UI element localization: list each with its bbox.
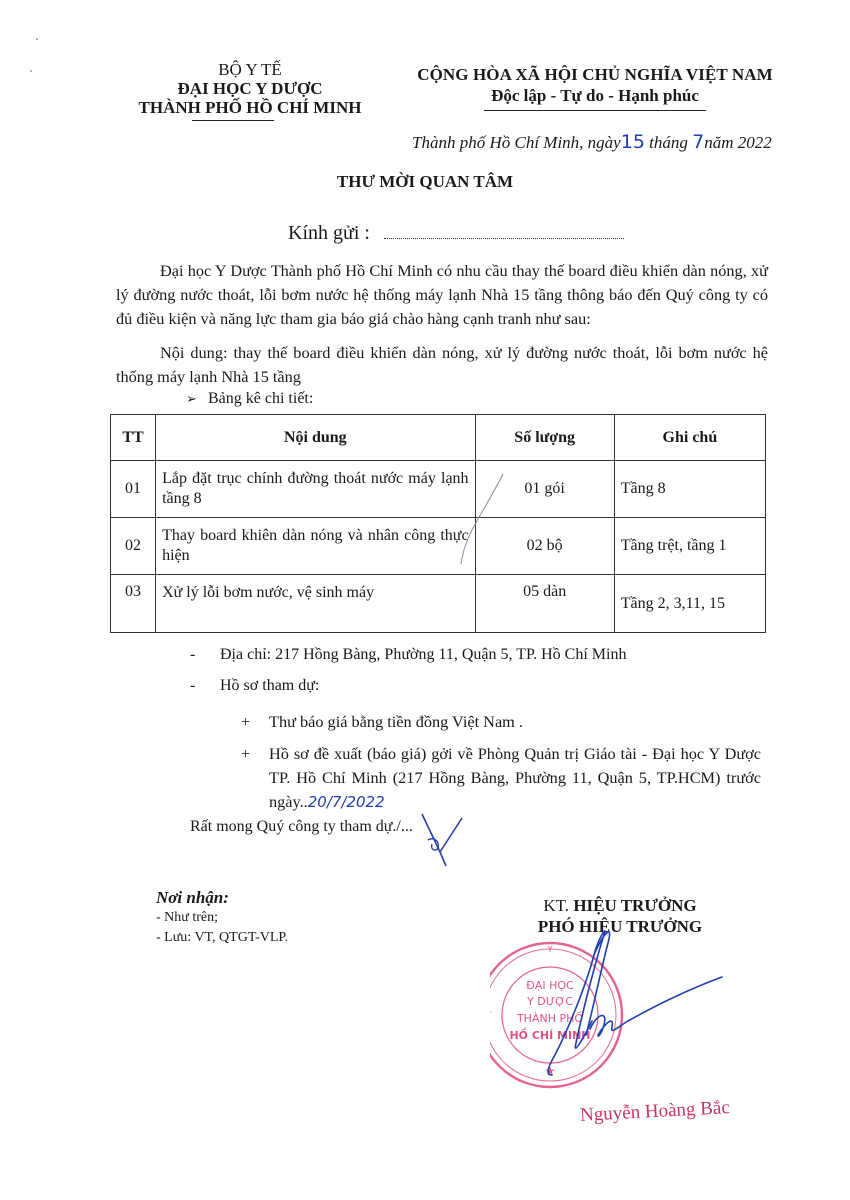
content-paragraph: Nội dung: thay thế board điều khiển dàn …: [116, 341, 768, 389]
stamp-line: ĐẠI HỌC: [526, 979, 574, 992]
cell-content: Thay board khiên dàn nóng và nhân công t…: [156, 518, 475, 575]
signer-name: Nguyễn Hoàng Bắc: [580, 1097, 731, 1127]
date-prefix: Thành phố Hồ Chí Minh, ngày: [412, 133, 621, 152]
address-text: Địa chỉ: 217 Hồng Bàng, Phường 11, Quận …: [220, 646, 626, 663]
detail-list-heading: ➢Bảng kê chi tiết:: [186, 390, 313, 408]
plus-bullet: +: [241, 710, 250, 734]
table-row: 03 Xử lý lỗi bơm nước, vệ sinh máy 05 dà…: [111, 575, 766, 633]
signer-role: HIỆU TRƯỞNG: [573, 896, 696, 915]
recipient-item: - Như trên;: [156, 908, 288, 928]
content-paragraph-text: Nội dung: thay thế board điều khiển dàn …: [116, 343, 768, 386]
initial-mark: [418, 812, 468, 868]
handwritten-deadline: 20/7/2022: [308, 793, 385, 811]
cell-note: Tầng 8: [614, 461, 765, 518]
dash-bullet: -: [190, 646, 220, 664]
month-label: tháng: [649, 133, 688, 152]
cell-tt: 01: [111, 461, 156, 518]
recipients-block: Nơi nhận: - Như trên; - Lưu: VT, QTGT-VL…: [156, 888, 288, 948]
official-seal-icon: Y ĐẠI HỌC Y DƯỢC THÀNH PHỐ HỒ CHÍ MINH B…: [490, 925, 750, 1095]
dash-bullet: -: [190, 677, 220, 695]
table-row: 02 Thay board khiên dàn nóng và nhân côn…: [111, 518, 766, 575]
header-left-underline: [192, 120, 274, 121]
arrow-bullet-icon: ➢: [186, 392, 208, 407]
recipient-item: - Lưu: VT, QTGT-VLP.: [156, 928, 288, 948]
document-requirement-item: + Thư báo giá bằng tiền đồng Việt Nam .: [241, 710, 761, 734]
salutation-label: Kính gửi :: [288, 222, 370, 244]
cell-tt: 03: [111, 575, 156, 633]
address-item: -Địa chỉ: 217 Hồng Bàng, Phường 11, Quận…: [190, 646, 626, 664]
cell-quantity: 05 dàn: [475, 575, 614, 633]
scan-speck: [36, 38, 38, 40]
table-header-row: TT Nội dung Số lượng Ghi chú: [111, 415, 766, 461]
closing-line: Rất mong Quý công ty tham dự./...: [190, 818, 413, 836]
detail-table: TT Nội dung Số lượng Ghi chú 01 Lắp đặt …: [110, 414, 766, 633]
stamp-side-text: BỘ: [490, 1009, 492, 1021]
intro-paragraph-text: Đại học Y Dược Thành phố Hồ Chí Minh có …: [116, 261, 768, 328]
year-label: năm 2022: [704, 133, 772, 152]
column-header-quantity: Số lượng: [475, 415, 614, 461]
salutation: Kính gửi :: [288, 222, 624, 245]
cell-tt: 02: [111, 518, 156, 575]
handwritten-month: 7: [692, 131, 704, 153]
cell-content: Lắp đặt trục chính đường thoát nước máy …: [156, 461, 475, 518]
signer-prefix: KT.: [543, 896, 573, 915]
document-title: THƯ MỜI QUAN TÂM: [0, 172, 850, 192]
scan-speck: [30, 70, 32, 72]
stamp-top-letter: Y: [547, 945, 553, 954]
intro-paragraph: Đại học Y Dược Thành phố Hồ Chí Minh có …: [116, 259, 768, 331]
documents-text: Hồ sơ tham dự:: [220, 677, 319, 694]
detail-list-heading-text: Bảng kê chi tiết:: [208, 390, 313, 407]
university-city: THÀNH PHỐ HỒ CHÍ MINH: [100, 98, 400, 117]
recipients-title: Nơi nhận:: [156, 888, 288, 908]
cell-note: Tầng trệt, tầng 1: [614, 518, 765, 575]
signer-title-line1: KT. HIỆU TRƯỞNG: [500, 895, 740, 916]
university-name: ĐẠI HỌC Y DƯỢC: [100, 79, 400, 98]
table-row: 01 Lắp đặt trục chính đường thoát nước m…: [111, 461, 766, 518]
column-header-note: Ghi chú: [614, 415, 765, 461]
requirement-text: Thư báo giá bằng tiền đồng Việt Nam .: [269, 710, 761, 734]
requirement-text: Hồ sơ đề xuất (báo giá) gởi về Phòng Quả…: [269, 742, 761, 814]
documents-item: -Hồ sơ tham dự:: [190, 677, 319, 695]
cell-note: Tầng 2, 3,11, 15: [614, 575, 765, 633]
national-header: CỘNG HÒA XÃ HỘI CHỦ NGHĨA VIỆT NAM Độc l…: [380, 64, 810, 111]
column-header-content: Nội dung: [156, 415, 475, 461]
date-line: Thành phố Hồ Chí Minh, ngày15 tháng 7năm…: [412, 131, 772, 153]
national-motto: Độc lập - Tự do - Hạnh phúc: [380, 85, 810, 106]
handwritten-day: 15: [621, 131, 645, 153]
document-requirement-item: + Hồ sơ đề xuất (báo giá) gởi về Phòng Q…: [241, 742, 761, 814]
recipient-blank-field[interactable]: [384, 224, 624, 239]
country-name: CỘNG HÒA XÃ HỘI CHỦ NGHĨA VIỆT NAM: [380, 64, 810, 85]
issuing-agency-header: BỘ Y TẾ ĐẠI HỌC Y DƯỢC THÀNH PHỐ HỒ CHÍ …: [100, 60, 400, 121]
ministry-name: BỘ Y TẾ: [100, 60, 400, 79]
motto-underline: [484, 110, 706, 111]
cell-content: Xử lý lỗi bơm nước, vệ sinh máy: [156, 575, 475, 633]
column-header-tt: TT: [111, 415, 156, 461]
plus-bullet: +: [241, 742, 250, 766]
stamp-line: Y DƯỢC: [526, 995, 573, 1008]
pen-stroke-mark: [455, 470, 515, 570]
